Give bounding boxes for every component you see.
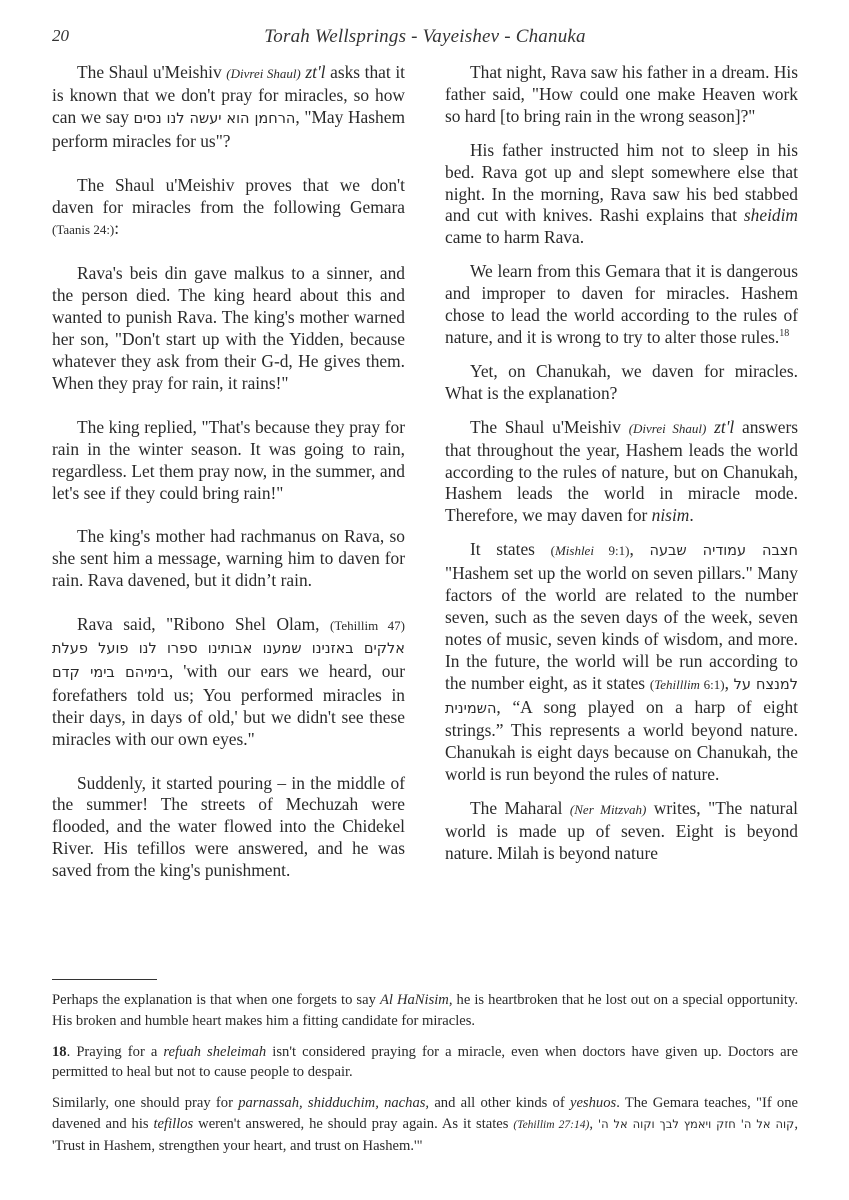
paragraph: We learn from this Gemara that it is dan…: [445, 261, 798, 349]
paragraph: The Shaul u'Meishiv (Divrei Shaul) zt'l …: [445, 417, 798, 528]
text: ,: [629, 539, 649, 559]
footnote-divider: [52, 979, 157, 980]
footnote-18: 18. Praying for a refuah sheleimah isn't…: [52, 1042, 798, 1084]
source-citation: (Mishlei 9:1): [551, 543, 630, 558]
italic-term: sheidim: [744, 205, 798, 225]
footnote-18-continued: Similarly, one should pray for parnassah…: [52, 1093, 798, 1156]
text: Similarly, one should pray for: [52, 1095, 238, 1111]
text: and all other kinds of: [429, 1095, 570, 1111]
italic-term: tefillos: [154, 1116, 194, 1132]
italic-term: nisim: [652, 505, 690, 525]
text: The Maharal: [470, 798, 570, 818]
text: :: [114, 218, 119, 238]
text: ,: [725, 673, 734, 693]
footnotes: Perhaps the explanation is that when one…: [52, 990, 798, 1167]
paragraph: Rava's beis din gave malkus to a sinner,…: [52, 263, 405, 394]
text: , “A song played on a harp of eight stri…: [445, 697, 798, 785]
italic-term: Al HaNisim,: [380, 992, 453, 1008]
hebrew-quote: חצבה עמודיה שבעה: [649, 543, 798, 559]
text: came to harm Rava.: [445, 227, 584, 247]
paragraph: Suddenly, it started pouring – in the mi…: [52, 773, 405, 883]
paragraph: Rava said, "Ribono Shel Olam, (Tehillim …: [52, 614, 405, 750]
source-citation: (Tehilllim 6:1): [650, 677, 725, 692]
italic-term: refuah sheleimah: [163, 1044, 266, 1060]
italic-term: parnassah, shidduchim, nachas,: [238, 1095, 429, 1111]
source-citation: (Tehillim 27:14): [513, 1119, 589, 1131]
text: The Shaul u'Meishiv: [77, 62, 226, 82]
source-citation: (Divrei Shaul): [629, 421, 707, 436]
paragraph: The Shaul u'Meishiv (Divrei Shaul) zt'l …: [52, 62, 405, 153]
text: "Hashem set up the world on seven pillar…: [445, 563, 798, 693]
honorific: zt'l: [714, 417, 734, 437]
text: Perhaps the explanation is that when one…: [52, 992, 380, 1008]
text: It states: [470, 539, 551, 559]
text: .: [689, 505, 693, 525]
page-header: 20 Torah Wellsprings - Vayeishev - Chanu…: [52, 26, 798, 52]
footnote-reference[interactable]: 18: [779, 328, 789, 339]
source-citation: (Ner Mitzvah): [570, 802, 646, 817]
text: Tehilllim: [654, 677, 700, 692]
paragraph: The king's mother had rachmanus on Rava,…: [52, 526, 405, 592]
text: The Shaul u'Meishiv proves that we don't…: [52, 175, 405, 217]
text: Mishlei: [555, 543, 594, 558]
source-citation: (Tehillim 47): [330, 618, 405, 633]
text: 6:1): [700, 677, 725, 692]
footnote-continued: Perhaps the explanation is that when one…: [52, 990, 798, 1032]
italic-term: yeshuos: [570, 1095, 616, 1111]
text: [706, 417, 714, 437]
text: 9:1): [594, 543, 630, 558]
paragraph: The king replied, "That's because they p…: [52, 417, 405, 505]
left-column: The Shaul u'Meishiv (Divrei Shaul) zt'l …: [52, 62, 405, 904]
running-title: Torah Wellsprings - Vayeishev - Chanuka: [52, 26, 798, 48]
hebrew-quote: הרחמן הוא יעשה לנו נסים: [134, 111, 296, 127]
paragraph: Yet, on Chanukah, we daven for miracles.…: [445, 361, 798, 405]
footnote-number: 18: [52, 1044, 67, 1060]
source-citation: (Divrei Shaul): [226, 66, 301, 81]
right-column: That night, Rava saw his father in a dre…: [445, 62, 798, 877]
paragraph: That night, Rava saw his father in a dre…: [445, 62, 798, 128]
paragraph: It states (Mishlei 9:1), חצבה עמודיה שבע…: [445, 539, 798, 786]
text: ,: [589, 1116, 598, 1132]
paragraph: The Maharal (Ner Mitzvah) writes, "The n…: [445, 798, 798, 865]
text: We learn from this Gemara that it is dan…: [445, 261, 798, 347]
hebrew-quote: קוה אל ה' חזק ויאמץ לבך וקוה אל ה': [598, 1117, 794, 1131]
text: . Praying for a: [67, 1044, 164, 1060]
paragraph: His father instructed him not to sleep i…: [445, 140, 798, 250]
text: The Shaul u'Meishiv: [470, 417, 629, 437]
text: weren't answered, he should pray again. …: [193, 1116, 513, 1132]
paragraph: The Shaul u'Meishiv proves that we don't…: [52, 175, 405, 242]
source-citation: (Taanis 24:): [52, 222, 114, 237]
honorific: zt'l: [305, 62, 325, 82]
text: Rava said, "Ribono Shel Olam,: [77, 614, 330, 634]
